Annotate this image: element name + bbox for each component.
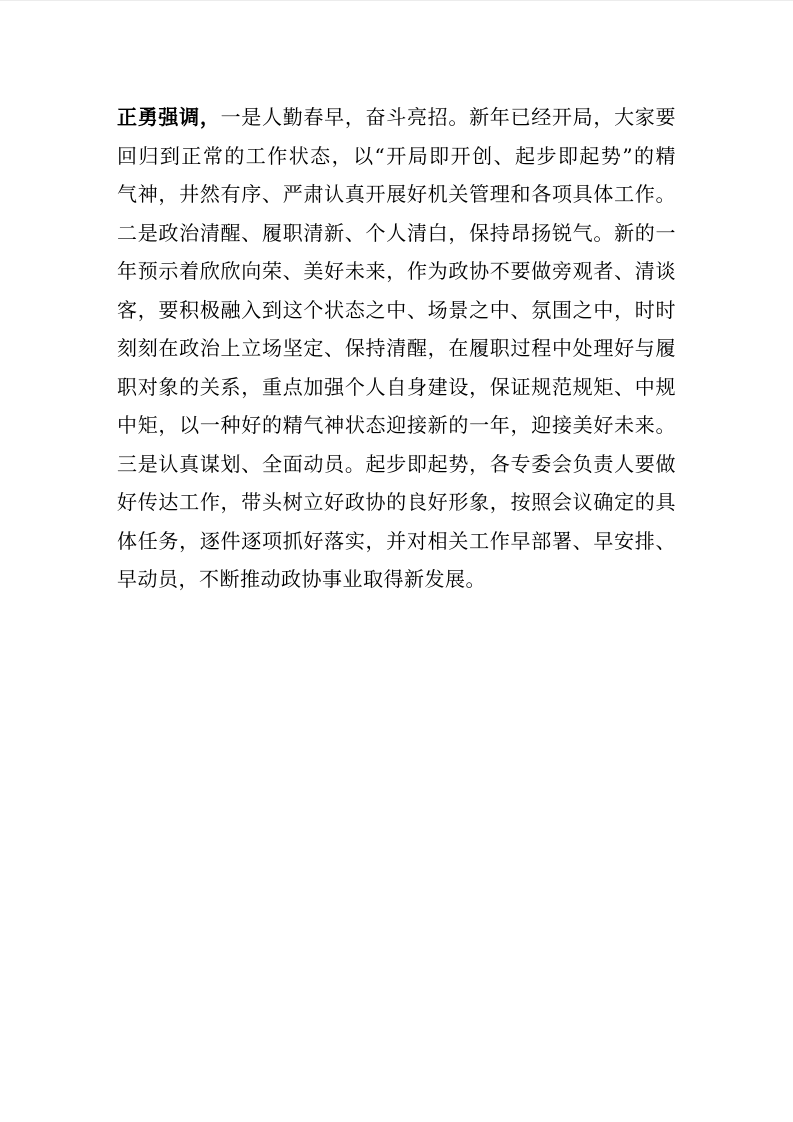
paragraph-line: 体任务，逐件逐项抓好落实，并对相关工作早部署、早安排、 — [117, 522, 676, 561]
paragraph-line-text: 一是人勤春早，奋斗亮招。新年已经开局，大家要 — [221, 105, 676, 129]
paragraph-line: 正勇强调，一是人勤春早，奋斗亮招。新年已经开局，大家要 — [117, 98, 676, 137]
paragraph-line: 年预示着欣欣向荣、美好未来，作为政协不要做旁观者、清谈 — [117, 252, 676, 291]
paragraph-line: 二是政治清醒、履职清新、个人清白，保持昂扬锐气。新的一 — [117, 214, 676, 253]
paragraph-line: 客，要积极融入到这个状态之中、场景之中、氛围之中，时时 — [117, 291, 676, 330]
paragraph-line: 中矩，以一种好的精气神状态迎接新的一年，迎接美好未来。 — [117, 406, 676, 445]
speaker-lead-bold: 正勇强调， — [117, 105, 221, 129]
paragraph-line: 三是认真谋划、全面动员。起步即起势，各专委会负责人要做 — [117, 445, 676, 484]
paragraph-line: 刻刻在政治上立场坚定、保持清醒，在履职过程中处理好与履 — [117, 329, 676, 368]
paragraph-line: 好传达工作，带头树立好政协的良好形象，按照会议确定的具 — [117, 483, 676, 522]
paragraph-line: 职对象的关系，重点加强个人自身建设，保证规范规矩、中规 — [117, 368, 676, 407]
paragraph-line: 回归到正常的工作状态，以“开局即开创、起步即起势”的精 — [117, 137, 676, 176]
paragraph-line: 气神，井然有序、严肃认真开展好机关管理和各项具体工作。 — [117, 175, 676, 214]
paragraph-line: 早动员，不断推动政协事业取得新发展。 — [117, 560, 676, 599]
document-page: 正勇强调，一是人勤春早，奋斗亮招。新年已经开局，大家要 回归到正常的工作状态，以… — [0, 0, 793, 1122]
paragraph: 正勇强调，一是人勤春早，奋斗亮招。新年已经开局，大家要 回归到正常的工作状态，以… — [117, 98, 676, 599]
